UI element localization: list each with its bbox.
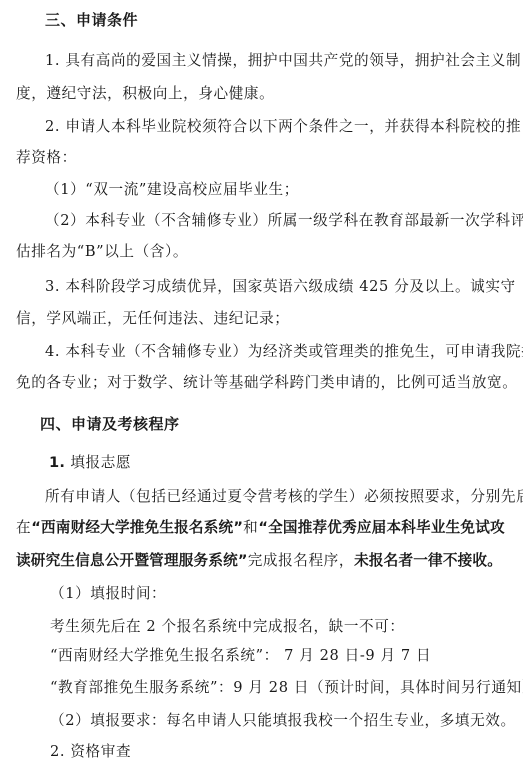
fill-time-label: （1）填报时间： — [50, 584, 166, 604]
condition-3-line-1: 3. 本科阶段学习成绩优异，国家英语六级成绩 425 分及以上。诚实守 — [45, 277, 516, 297]
condition-2-line-1: 2. 申请人本科毕业院校须符合以下两个条件之一，并获得本科院校的推 — [45, 117, 521, 137]
system-2-dates: “教育部推免生服务系统”：9 月 28 日（预计时间，具体时间另行通知） — [50, 678, 523, 698]
condition-3-line-2: 信，学风端正，无任何违法、违纪记录； — [16, 309, 290, 329]
step-1-paragraph-line-1: 所有申请人（包括已经通过夏令营考核的学生）必须按照要求，分别先后 — [45, 487, 523, 507]
step-1-number: 1. — [49, 454, 65, 471]
condition-2-sub-2-line-2: 估排名为“B”以上（含）。 — [16, 242, 188, 262]
condition-1-line-2: 度，遵纪守法，积极向上，身心健康。 — [16, 84, 274, 104]
step-1-paragraph-line-3: 读研究生信息公开暨管理服务系统”完成报名程序，未报名者一律不接收。 — [16, 551, 502, 571]
step-1-title: 1. 填报志愿 — [49, 453, 131, 473]
condition-2-sub-2-line-1: （2）本科专业（不含辅修专业）所属一级学科在教育部最新一次学科评 — [45, 211, 523, 231]
text-fragment: 完成报名程序， — [248, 552, 354, 569]
step-1-label: 填报志愿 — [65, 454, 131, 471]
system-1-dates: “西南财经大学推免生报名系统”： 7 月 28 日-9 月 7 日 — [50, 646, 431, 666]
system-name-swufe: “西南财经大学推免生报名系统” — [31, 519, 243, 536]
section-heading-procedure: 四、申请及考核程序 — [40, 414, 180, 434]
fill-time-description: 考生须先后在 2 个报名系统中完成报名，缺一不可： — [50, 617, 405, 637]
fill-requirement: （2）填报要求：每名申请人只能填报我校一个招生专业，多填无效。 — [50, 711, 516, 731]
step-2-title: 2. 资格审查 — [50, 742, 131, 762]
condition-2-sub-1: （1）“双一流”建设高校应届毕业生； — [45, 180, 299, 200]
system-name-national-part-2: 读研究生信息公开暨管理服务系统” — [16, 552, 248, 569]
condition-4-line-2: 免的各专业；对于数学、统计等基础学科跨门类申请的，比例可适当放宽。 — [16, 373, 517, 393]
section-heading-application-conditions: 三、申请条件 — [45, 10, 138, 30]
system-name-national-part-1: “全国推荐优秀应届本科毕业生免试攻 — [258, 519, 505, 536]
text-fragment: 和 — [243, 519, 258, 536]
text-fragment: 在 — [16, 519, 31, 536]
condition-1-line-1: 1. 具有高尚的爱国主义情操，拥护中国共产党的领导，拥护社会主义制 — [45, 51, 521, 71]
condition-4-line-1: 4. 本科专业（不含辅修专业）为经济类或管理类的推免生，可申请我院推 — [45, 342, 523, 362]
step-1-paragraph-line-2: 在“西南财经大学推免生报名系统”和“全国推荐优秀应届本科毕业生免试攻 — [16, 518, 505, 538]
warning-not-accepted: 未报名者一律不接收。 — [354, 552, 502, 569]
condition-2-line-2: 荐资格： — [16, 148, 77, 168]
